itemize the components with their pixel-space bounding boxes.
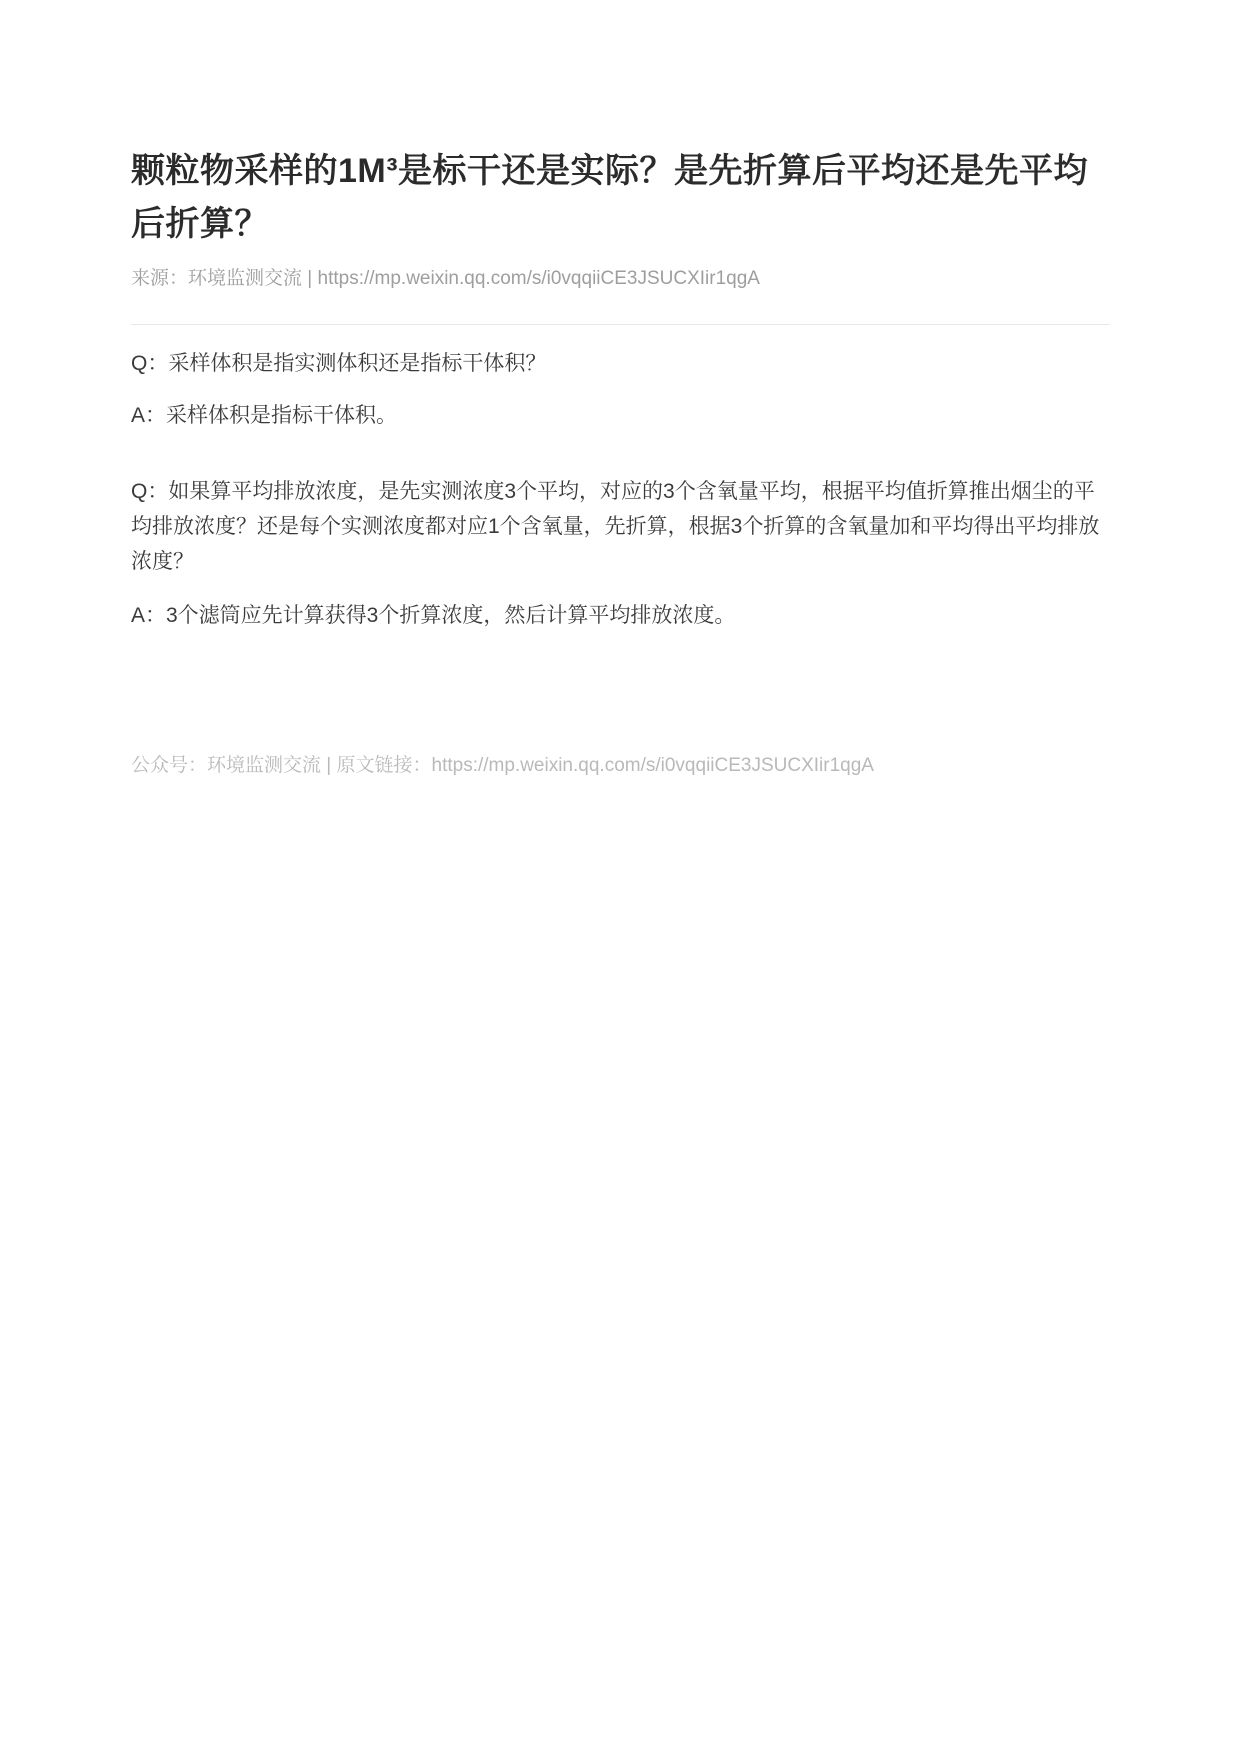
footer-label: 公众号：环境监测交流 | 原文链接：	[131, 755, 432, 776]
footer-url-link[interactable]: https://mp.weixin.qq.com/s/i0vqqiiCE3JSU…	[432, 755, 874, 776]
answer-2: A：3个滤筒应先计算获得3个折算浓度，然后计算平均排放浓度。	[131, 598, 1110, 633]
source-line: 来源：环境监测交流 | https://mp.weixin.qq.com/s/i…	[131, 265, 1110, 293]
source-url-link[interactable]: https://mp.weixin.qq.com/s/i0vqqiiCE3JSU…	[318, 268, 760, 289]
question-2: Q：如果算平均排放浓度，是先实测浓度3个平均，对应的3个含氧量平均，根据平均值折…	[131, 474, 1110, 579]
footer-line: 公众号：环境监测交流 | 原文链接：https://mp.weixin.qq.c…	[131, 752, 1110, 780]
qa-block-1: Q：采样体积是指实测体积还是指标干体积？ A：采样体积是指标干体积。	[131, 346, 1110, 433]
page-title: 颗粒物采样的1M³是标干还是实际？是先折算后平均还是先平均后折算？	[131, 145, 1110, 251]
qa-block-2: Q：如果算平均排放浓度，是先实测浓度3个平均，对应的3个含氧量平均，根据平均值折…	[131, 474, 1110, 633]
question-1: Q：采样体积是指实测体积还是指标干体积？	[131, 346, 1110, 381]
source-label: 来源：环境监测交流 |	[131, 268, 318, 289]
article-page: 颗粒物采样的1M³是标干还是实际？是先折算后平均还是先平均后折算？ 来源：环境监…	[0, 0, 1241, 1754]
answer-1: A：采样体积是指标干体积。	[131, 398, 1110, 433]
section-divider	[131, 324, 1110, 325]
